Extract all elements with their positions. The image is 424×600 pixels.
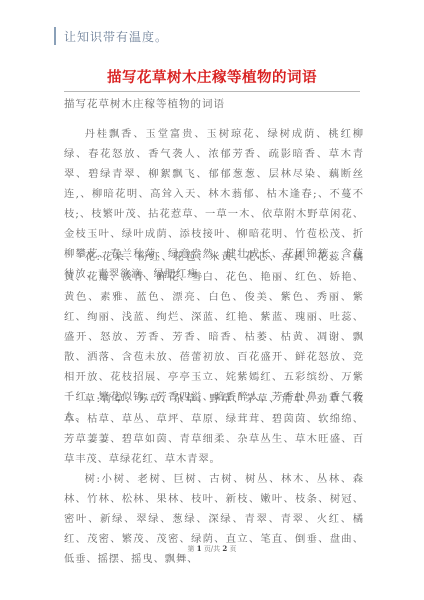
footer-suffix: 页 (230, 545, 237, 553)
footer-middle: 页/共 (204, 545, 220, 553)
slogan-divider (54, 27, 56, 45)
current-page-number: 1 (197, 544, 202, 553)
document-title: 描写花草树木庄稼等植物的词语 (0, 66, 424, 87)
header-slogan: 让知识带有温度。 (54, 28, 168, 44)
footer-prefix: 第 (187, 545, 194, 553)
total-pages-number: 2 (222, 544, 227, 553)
document-subtitle: 描写花草树木庄稼等植物的词语 (64, 96, 225, 111)
paragraph-trees: 树:小树、老树、巨树、古树、树丛、林木、丛林、森林、竹林、松林、果林、枝叶、新枝… (64, 469, 364, 569)
paragraph-grass: 草:青草、芳草、杂草、野草、茅草、荒草、劲草、牧草、枯草、草丛、草坪、草原、绿茸… (64, 389, 364, 469)
slogan-text: 让知识带有温度。 (64, 28, 168, 45)
title-divider (64, 91, 360, 92)
page-footer: 第 1 页/共 2 页 (0, 544, 424, 554)
